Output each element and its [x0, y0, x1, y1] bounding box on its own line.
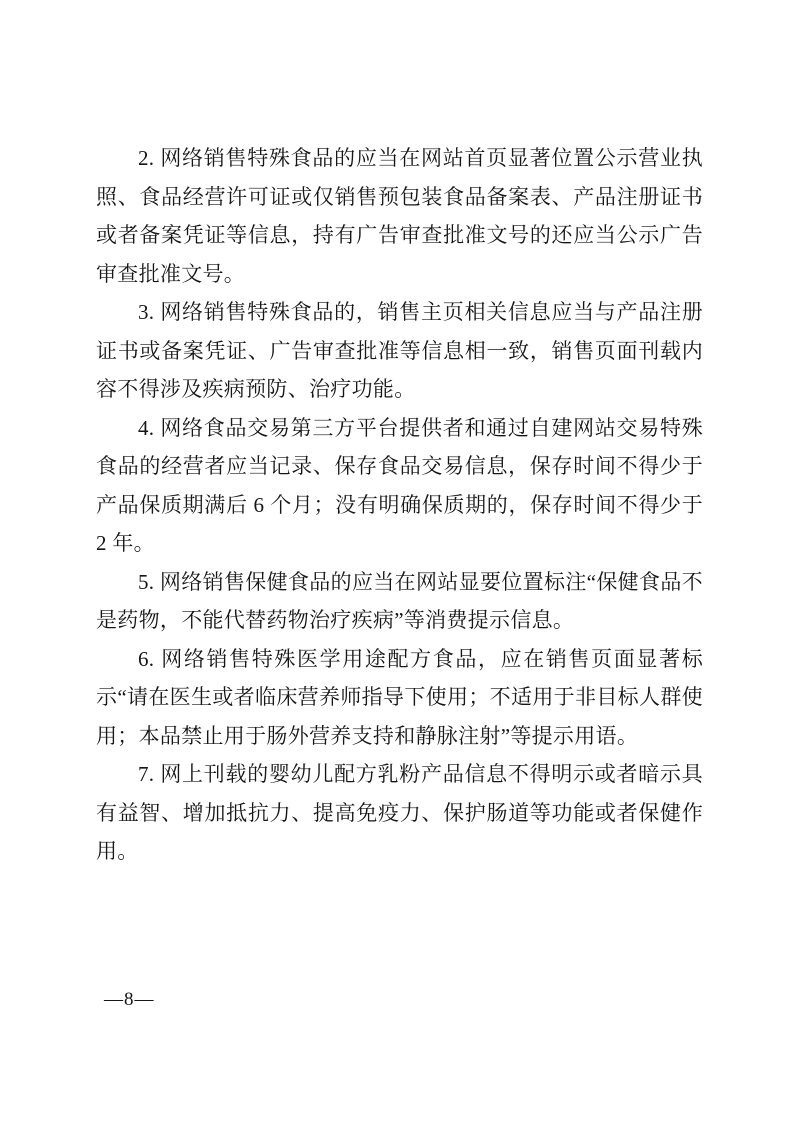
paragraph-item-6: 6. 网络销售特殊医学用途配方食品，应在销售页面显著标示“请在医生或者临床营养师… [96, 640, 703, 756]
paragraph-item-3: 3. 网络销售特殊食品的，销售主页相关信息应当与产品注册证书或备案凭证、广告审查… [96, 293, 703, 409]
paragraph-item-2: 2. 网络销售特殊食品的应当在网站首页显著位置公示营业执照、食品经营许可证或仅销… [96, 139, 703, 293]
paragraph-item-4: 4. 网络食品交易第三方平台提供者和通过自建网站交易特殊食品的经营者应当记录、保… [96, 409, 703, 563]
page-footer: —8— [104, 986, 155, 1014]
paragraph-item-7: 7. 网上刊载的婴幼儿配方乳粉产品信息不得明示或者暗示具有益智、增加抵抗力、提高… [96, 755, 703, 871]
paragraph-item-5: 5. 网络销售保健食品的应当在网站显要位置标注“保健食品不是药物，不能代替药物治… [96, 563, 703, 640]
document-page: 2. 网络销售特殊食品的应当在网站首页显著位置公示营业执照、食品经营许可证或仅销… [0, 0, 794, 1123]
page-number: —8— [104, 989, 155, 1010]
document-body: 2. 网络销售特殊食品的应当在网站首页显著位置公示营业执照、食品经营许可证或仅销… [96, 139, 703, 871]
